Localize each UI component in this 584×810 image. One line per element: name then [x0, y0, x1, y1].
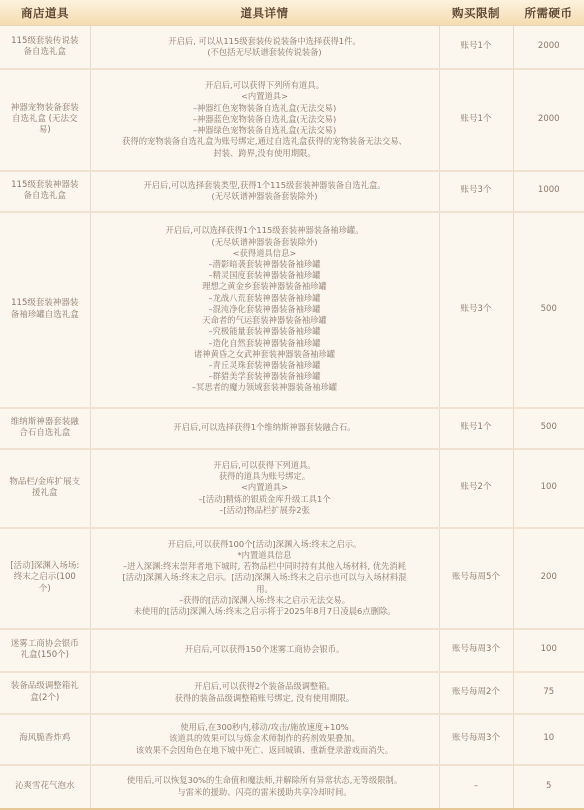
detail-line: 用。 — [97, 584, 433, 595]
coin-price: 1000 — [513, 171, 584, 212]
purchase-limit: 账号3个 — [439, 212, 513, 408]
coin-price: 100 — [513, 629, 584, 672]
detail-line: –获得的[活动]深渊入场:终末之启示无法交易。 — [97, 595, 433, 606]
detail-line: 开启后, 可以从115级套装传说装备中选择获得1件。 — [97, 36, 433, 47]
detail-line: 使用后,可以恢复30%的生命值和魔法师,并解除所有异常状态,无等级限制。 — [97, 775, 433, 786]
detail-line: 天命者的气运套装神器装备袖珍罐 — [97, 315, 433, 326]
purchase-limit: 账号1个 — [439, 69, 513, 171]
item-detail: 开启后, 可以从115级套装传说装备中选择获得1件。(不包括无尽妖谱套装传说装备… — [90, 26, 439, 69]
header-limit: 购买限制 — [439, 0, 513, 26]
detail-line: 开启后,可以获得100个[活动]深渊入场:终末之启示。 — [97, 539, 433, 550]
table-row: [活动]深渊入场场:终末之启示(100个)开启后,可以获得100个[活动]深渊入… — [0, 528, 584, 629]
detail-line: –[活动]精炼的银质金库升级工具1个 — [97, 494, 433, 505]
detail-line: 该道具的效果可以与炼金术师制作的药剂效果叠加。 — [97, 733, 433, 744]
purchase-limit: 账号1个 — [439, 26, 513, 69]
coin-price: 75 — [513, 672, 584, 714]
detail-line: –青丘灵珠套装神器装备袖珍罐 — [97, 360, 433, 371]
purchase-limit: 账号每周3个 — [439, 714, 513, 765]
item-detail: 开启后,可以选择套装类型,获得1个115级套装神器装备自选礼盒。(无尽妖谱神器装… — [90, 171, 439, 212]
detail-line: –进入深渊:终末崇拜者地下城时, 若物品栏中同时持有其他入场材料, 优先消耗 — [97, 561, 433, 572]
item-name: 装备品级调整箱礼盒(2个) — [0, 672, 90, 714]
detail-line: 获得的道具为账号绑定。 — [97, 471, 433, 482]
table-row: 115级套装神器装备袖珍罐自选礼盒开启后,可以选择获得1个115级套装神器装备袖… — [0, 212, 584, 408]
coin-price: 500 — [513, 408, 584, 449]
detail-line: –潜影暗袭套装神器装备袖珍罐 — [97, 259, 433, 270]
item-detail: 使用后,可以恢复30%的生命值和魔法师,并解除所有异常状态,无等级限制。与雷米的… — [90, 765, 439, 809]
detail-line: 开启后,可以获得2个装备品级调整箱。 — [97, 681, 433, 692]
detail-line: 诸神黄昏之女武神套装神器装备袖珍罐 — [97, 349, 433, 360]
detail-line: –龙战八荒套装神器装备袖珍罐 — [97, 293, 433, 304]
table-row: 维纳斯神器套装融合石自选礼盒开启后,可以选择获得1个维纳斯神器套装融合石。账号1… — [0, 408, 584, 449]
header-item: 商店道具 — [0, 0, 90, 26]
detail-line: –冥思者的魔力领域套装神器装备袖珍罐 — [97, 382, 433, 393]
detail-line: 获得的宠物装备自选礼盒为账号绑定,通过自选礼盒获得的宠物装备无法交易、 — [97, 136, 433, 147]
detail-line: –[活动]物品栏扩展券2张 — [97, 505, 433, 516]
item-name: 海风脆香炸鸡 — [0, 714, 90, 765]
detail-line: 开启后,可以选择套装类型,获得1个115级套装神器装备自选礼盒。 — [97, 180, 433, 191]
detail-line: –精灵国度套装神器装备袖珍罐 — [97, 270, 433, 281]
item-name: 物品栏/金库扩展支援礼盒 — [0, 449, 90, 528]
purchase-limit: 账号每周3个 — [439, 629, 513, 672]
coin-price: 10 — [513, 714, 584, 765]
detail-line: 开启后,可以选择获得1个115级套装神器装备袖珍罐。 — [97, 225, 433, 236]
detail-line: 开启后,可以获得150个迷雾工商协会银币。 — [97, 644, 433, 655]
detail-line: *内置道具信息 — [97, 550, 433, 561]
detail-line: –神器红色宠物装备自选礼盒(无法交易) — [97, 103, 433, 114]
detail-line: 开启后,可以获得下列道具。 — [97, 460, 433, 471]
item-detail: 开启后,可以选择获得1个115级套装神器装备袖珍罐。(无尽妖谱神器装备套装除外)… — [90, 212, 439, 408]
item-detail: 开启后,可以获得下列道具。获得的道具为账号绑定。<内置道具>–[活动]精炼的银质… — [90, 449, 439, 528]
table-row: 物品栏/金库扩展支援礼盒开启后,可以获得下列道具。获得的道具为账号绑定。<内置道… — [0, 449, 584, 528]
coin-price: 2000 — [513, 26, 584, 69]
table-row: 装备品级调整箱礼盒(2个)开启后,可以获得2个装备品级调整箱。获得的装备品级调整… — [0, 672, 584, 714]
detail-line: <内置道具> — [97, 91, 433, 102]
detail-line: <获得道具信息> — [97, 248, 433, 259]
detail-line: [活动]深渊入场:终末之启示。[活动]深渊入场:终末之启示也可以与入场材料混 — [97, 572, 433, 583]
item-name: 115级套装神器装备袖珍罐自选礼盒 — [0, 212, 90, 408]
detail-line: 使用后,在300秒内,移动/攻击/施放速度+10% — [97, 722, 433, 733]
detail-line: 封装、跨界,没有使用期限。 — [97, 148, 433, 159]
detail-line: <内置道具> — [97, 482, 433, 493]
detail-line: –神器蓝色宠物装备自选礼盒(无法交易) — [97, 114, 433, 125]
detail-line: –神器绿色宠物装备自选礼盒(无法交易) — [97, 125, 433, 136]
table-row: 海风脆香炸鸡使用后,在300秒内,移动/攻击/施放速度+10%该道具的效果可以与… — [0, 714, 584, 765]
header-price: 所需硬币 — [513, 0, 584, 26]
detail-line: 理想之黄金乡套装神器装备袖珍罐 — [97, 281, 433, 292]
item-name: 115级套装神器装备自选礼盒 — [0, 171, 90, 212]
item-name: 维纳斯神器套装融合石自选礼盒 — [0, 408, 90, 449]
table-row: 迷雾工商协会银币礼盒(150个)开启后,可以获得150个迷雾工商协会银币。账号每… — [0, 629, 584, 672]
purchase-limit: 账号1个 — [439, 408, 513, 449]
coin-price: 5 — [513, 765, 584, 809]
detail-line: 开启后,可以选择获得1个维纳斯神器套装融合石。 — [97, 422, 433, 433]
detail-line: (无尽妖谱神器装备套装除外) — [97, 237, 433, 248]
purchase-limit: – — [439, 765, 513, 809]
purchase-limit: 账号2个 — [439, 449, 513, 528]
detail-line: 与雷米的援助、闪亮的雷米援助共享冷却时间。 — [97, 787, 433, 798]
detail-line: (不包括无尽妖谱套装传说装备) — [97, 47, 433, 58]
detail-line: –群猎美学套装神器装备袖珍罐 — [97, 371, 433, 382]
item-detail: 开启后,可以获得100个[活动]深渊入场:终末之启示。*内置道具信息–进入深渊:… — [90, 528, 439, 629]
item-name: 神器宠物装备套装自选礼盒 (无法交易) — [0, 69, 90, 171]
table-row: 115级套装神器装备自选礼盒开启后,可以选择套装类型,获得1个115级套装神器装… — [0, 171, 584, 212]
item-detail: 使用后,在300秒内,移动/攻击/施放速度+10%该道具的效果可以与炼金术师制作… — [90, 714, 439, 765]
item-detail: 开启后,可以选择获得1个维纳斯神器套装融合石。 — [90, 408, 439, 449]
shop-items-table: 商店道具 道具详情 购买限制 所需硬币 115级套装传说装备自选礼盒开启后, 可… — [0, 0, 584, 810]
purchase-limit: 账号每周5个 — [439, 528, 513, 629]
item-name: 沁爽雪花气泡水 — [0, 765, 90, 809]
detail-line: –造化自然套装神器装备袖珍罐 — [97, 338, 433, 349]
detail-line: 获得的装备品级调整箱账号绑定, 没有使用期限。 — [97, 693, 433, 704]
detail-line: (无尽妖谱神器装备套装除外) — [97, 191, 433, 202]
coin-price: 200 — [513, 528, 584, 629]
detail-line: 该效果不会因角色在地下城中死亡、返回城镇、重新登录游戏而消失。 — [97, 745, 433, 756]
detail-line: –混沌净化套装神器装备袖珍罐 — [97, 304, 433, 315]
coin-price: 100 — [513, 449, 584, 528]
item-name: [活动]深渊入场场:终末之启示(100个) — [0, 528, 90, 629]
detail-line: 开启后,可以获得下列所有道具。 — [97, 80, 433, 91]
purchase-limit: 账号每周2个 — [439, 672, 513, 714]
table-header-row: 商店道具 道具详情 购买限制 所需硬币 — [0, 0, 584, 26]
item-detail: 开启后,可以获得150个迷雾工商协会银币。 — [90, 629, 439, 672]
item-name: 115级套装传说装备自选礼盒 — [0, 26, 90, 69]
item-detail: 开启后,可以获得下列所有道具。<内置道具>–神器红色宠物装备自选礼盒(无法交易)… — [90, 69, 439, 171]
table-row: 115级套装传说装备自选礼盒开启后, 可以从115级套装传说装备中选择获得1件。… — [0, 26, 584, 69]
item-name: 迷雾工商协会银币礼盒(150个) — [0, 629, 90, 672]
table-row: 沁爽雪花气泡水使用后,可以恢复30%的生命值和魔法师,并解除所有异常状态,无等级… — [0, 765, 584, 809]
coin-price: 500 — [513, 212, 584, 408]
purchase-limit: 账号3个 — [439, 171, 513, 212]
detail-line: 未使用的[活动]深渊入场:终末之启示将于2025年8月7日凌晨6点删除。 — [97, 606, 433, 617]
coin-price: 2000 — [513, 69, 584, 171]
header-detail: 道具详情 — [90, 0, 439, 26]
table-row: 神器宠物装备套装自选礼盒 (无法交易)开启后,可以获得下列所有道具。<内置道具>… — [0, 69, 584, 171]
item-detail: 开启后,可以获得2个装备品级调整箱。获得的装备品级调整箱账号绑定, 没有使用期限… — [90, 672, 439, 714]
detail-line: –究极能量套装神器装备袖珍罐 — [97, 326, 433, 337]
